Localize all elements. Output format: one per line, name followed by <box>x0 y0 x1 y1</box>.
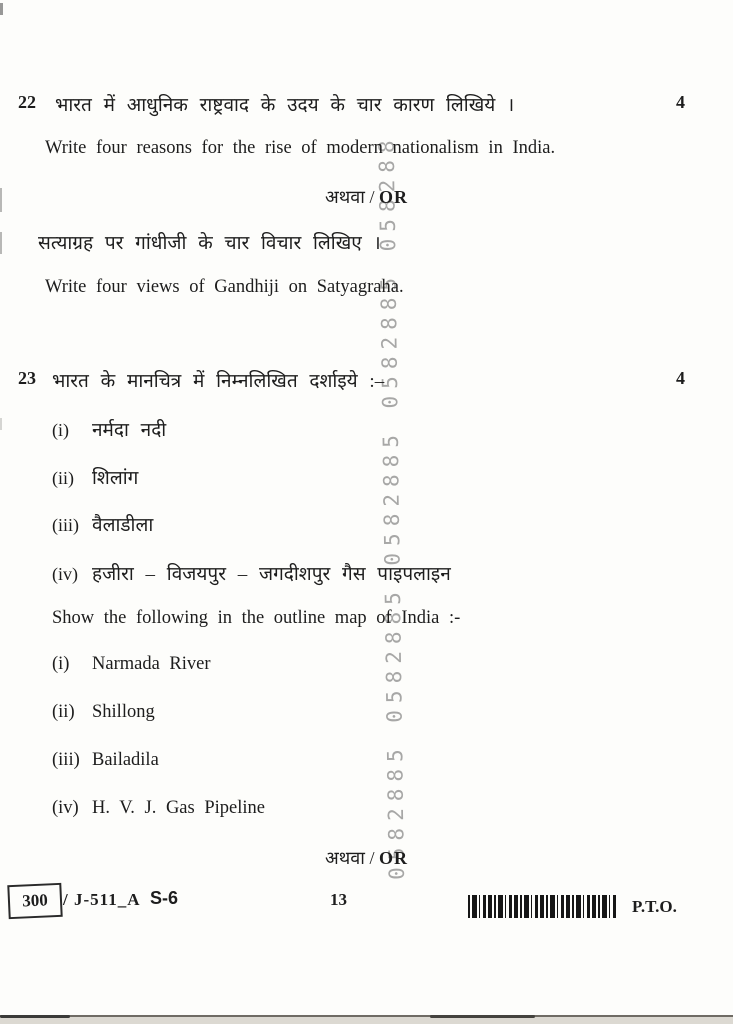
item-text: Narmada River <box>92 654 211 674</box>
list-item-hindi-1: (i)नर्मदा नदी <box>52 416 166 442</box>
list-item-english-2: (ii)Shillong <box>52 702 155 723</box>
print-run-box: 300 <box>7 883 62 919</box>
list-item-hindi-4: (iv)हजीरा – विजयपुर – जगदीशपुर गैस पाइपल… <box>52 560 451 586</box>
scan-artifact-top-left <box>0 3 3 15</box>
item-text: Shillong <box>92 702 155 722</box>
question-22-alt-english-text: Write four views of Gandhiji on Satyagra… <box>45 277 404 298</box>
question-22-marks: 4 <box>676 92 685 113</box>
item-text: हजीरा – विजयपुर – जगदीशपुर गैस पाइपलाइन <box>92 564 451 585</box>
question-23-english-intro: Show the following in the outline map of… <box>52 608 460 629</box>
list-item-hindi-3: (iii)वैलाडीला <box>52 511 153 537</box>
or-slash: / <box>365 848 379 868</box>
item-text: नर्मदा नदी <box>92 420 166 441</box>
item-label: (iv) <box>52 564 92 585</box>
print-run-value: 300 <box>22 890 48 911</box>
set-code: S-6 <box>150 888 178 909</box>
scan-artifact-left-1 <box>0 188 2 212</box>
exam-paper-page: 0582885 0582885 0582885 0582885 0582885 … <box>0 0 733 1024</box>
barcode-image <box>468 895 618 918</box>
item-label: (iv) <box>52 798 92 819</box>
scan-artifact-left-3 <box>0 418 2 430</box>
or-separator-1: अथवा / OR <box>0 185 733 209</box>
or-slash: / <box>365 187 379 207</box>
item-label: (i) <box>52 420 92 441</box>
question-23-marks: 4 <box>676 368 685 389</box>
or-separator-2: अथवा / OR <box>0 846 733 870</box>
question-22-alt-hindi-text: सत्याग्रह पर गांधीजी के चार विचार लिखिए … <box>38 229 381 255</box>
item-text: Bailadila <box>92 750 159 770</box>
scan-edge-shadow-mid <box>430 1015 535 1018</box>
or-hindi-label: अथवा <box>325 848 365 868</box>
paper-code: / J-511_A <box>63 890 140 910</box>
item-text: वैलाडीला <box>92 515 153 536</box>
or-hindi-label: अथवा <box>325 187 365 207</box>
scan-edge-bottom <box>0 1015 733 1024</box>
list-item-english-4: (iv)H. V. J. Gas Pipeline <box>52 798 265 819</box>
item-label: (iii) <box>52 750 92 771</box>
question-22-english-text: Write four reasons for the rise of moder… <box>45 138 555 159</box>
question-23-hindi-intro: भारत के मानचित्र में निम्नलिखित दर्शाइये… <box>52 367 384 393</box>
list-item-english-1: (i)Narmada River <box>52 654 211 675</box>
scan-artifact-left-2 <box>0 232 2 254</box>
list-item-hindi-2: (ii)शिलांग <box>52 464 138 490</box>
item-label: (i) <box>52 654 92 675</box>
item-label: (ii) <box>52 468 92 489</box>
item-label: (iii) <box>52 515 92 536</box>
or-english-label: OR <box>379 187 408 207</box>
scan-edge-shadow-left <box>0 1015 70 1018</box>
question-23-number: 23 <box>18 368 36 389</box>
or-english-label: OR <box>379 848 408 868</box>
question-22-number: 22 <box>18 92 36 113</box>
question-22-hindi-text: भारत में आधुनिक राष्ट्रवाद के उदय के चार… <box>55 91 514 117</box>
page-number: 13 <box>330 890 347 910</box>
item-text: H. V. J. Gas Pipeline <box>92 798 265 818</box>
item-label: (ii) <box>52 702 92 723</box>
item-text: शिलांग <box>92 468 138 489</box>
pto-label: P.T.O. <box>632 897 677 917</box>
list-item-english-3: (iii)Bailadila <box>52 750 159 771</box>
